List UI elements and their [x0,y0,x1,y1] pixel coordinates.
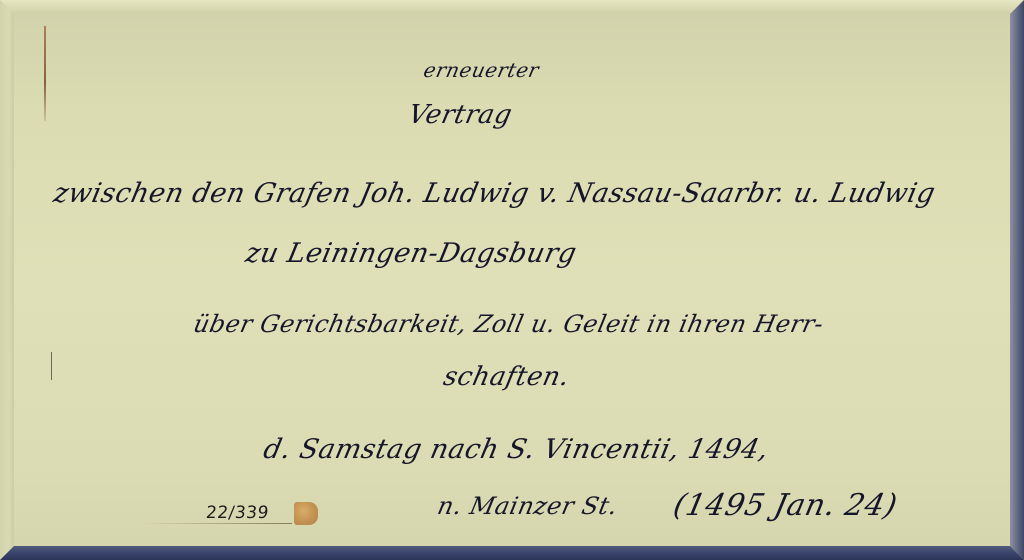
margin-line [44,26,46,121]
frame-bevel-top [0,0,1024,14]
reference-underline [142,523,292,524]
document-paper: erneuerter Vertrag zwischen den Grafen J… [14,14,1010,546]
date-line: d. Samstag nach S. Vincentii, 1494, [261,434,772,465]
heading-line-2: Vertrag [406,100,515,130]
text-line-5: über Gerichtsbarkeit, Zoll u. Geleit in … [191,310,826,338]
modern-date-note: (1495 Jan. 24) [670,488,900,523]
heading-line-1: erneuerter [421,58,541,82]
text-line-3: zwischen den Grafen Joh. Ludwig v. Nassa… [51,178,938,209]
frame-bevel-right [1010,0,1024,560]
frame-bevel-left [0,0,14,560]
archive-stamp-icon [294,502,318,525]
frame-bevel-bottom [0,546,1024,560]
text-line-6: schaften. [441,362,573,392]
image-frame: erneuerter Vertrag zwischen den Grafen J… [0,0,1024,560]
text-line-4: zu Leiningen-Dagsburg [243,238,580,269]
margin-tick [51,352,52,380]
calendar-style-note: n. Mainzer St. [435,492,620,520]
reference-number: 22/339 [205,503,270,523]
